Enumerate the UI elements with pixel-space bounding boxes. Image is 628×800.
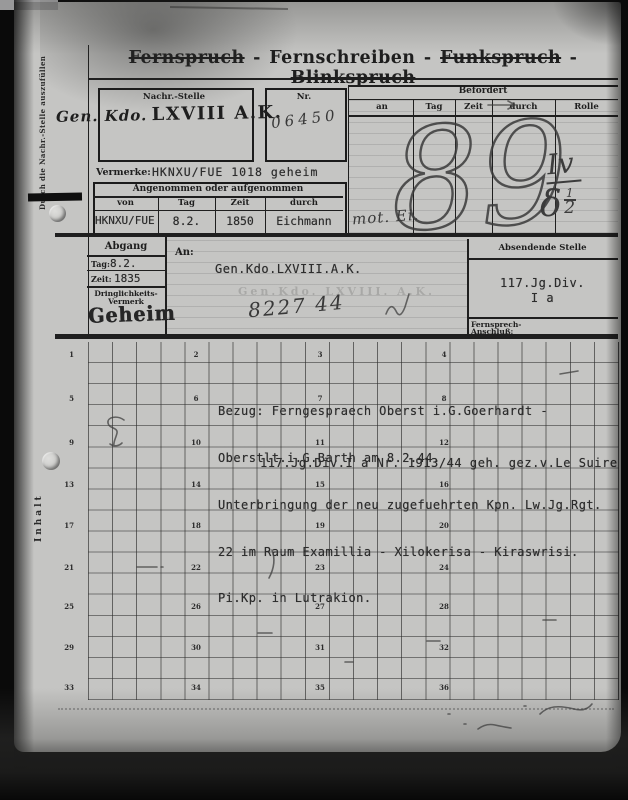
thick-rule-lower <box>55 334 618 339</box>
angenommen-cols-underline <box>93 210 343 211</box>
punch-hole-top <box>49 205 66 222</box>
pencil-mark-iv-text: Iv <box>545 146 575 181</box>
befoerdert-vline-3 <box>492 99 493 233</box>
befoerdert-vline-2 <box>455 99 456 233</box>
an-value: Gen.Kdo.LXVIII.A.K. <box>215 262 362 276</box>
fraction-denominator: 2 <box>564 201 575 216</box>
abgang-hline-2 <box>87 270 167 271</box>
form-title-word-fernschreiben: Fernschreiben <box>269 48 415 68</box>
angenommen-value-von: HKNXU/FUE <box>95 214 155 227</box>
angenommen-col-tag: Tag <box>158 198 215 208</box>
vermerke-value: HKNXU/FUE 1018 geheim <box>152 165 318 179</box>
abgang-zeit-label: Zeit: <box>91 274 112 284</box>
title-separator: - <box>253 48 261 68</box>
geheim-stamp: Geheim <box>88 302 167 328</box>
befoerdert-cols-underline <box>348 115 618 117</box>
registration-tick <box>28 193 82 202</box>
inhalt-label-vertical: Inhalt <box>34 478 44 542</box>
vermerke-label: Vermerke: <box>96 167 151 178</box>
befoerdert-col-rolle: Rolle <box>555 102 618 112</box>
abgang-hline-3 <box>87 286 167 288</box>
message-line: Unterbringung der neu zugefuehrten Kpn. … <box>218 498 602 514</box>
befoerdert-left-border <box>348 85 349 233</box>
message-body: Bezug: Ferngespraech Oberst i.G.Goerhard… <box>218 373 602 638</box>
scanned-telegram-form: Fernspruch - Fernschreiben - Funkspruch … <box>0 0 628 800</box>
absender-unit-line2: I a <box>467 291 618 305</box>
form-title: Fernspruch - Fernschreiben - Funkspruch … <box>88 48 618 88</box>
angenommen-col-durch: durch <box>265 198 343 208</box>
unit-stamp-caps: LXVIII A.K. <box>151 102 282 125</box>
title-separator: - <box>570 48 578 68</box>
punch-hole-bottom <box>42 452 60 470</box>
absender-unit-line1: 117.Jg.Div. <box>467 276 618 290</box>
angenommen-col-von: von <box>93 198 158 208</box>
message-line: Bezug: Ferngespraech Oberst i.G.Goerhard… <box>218 404 602 420</box>
angenommen-value-durch: Eichmann <box>265 214 343 228</box>
befoerdert-col-an: an <box>351 102 413 112</box>
abgang-tag-label: Tag: <box>91 259 110 269</box>
unit-stamp-script: Gen. Kdo. <box>56 106 148 126</box>
perforation-line <box>58 708 614 710</box>
angenommen-value-tag: 8.2. <box>158 214 215 228</box>
margin-note-vertical: Durch die Nachr.-Stelle auszufüllen <box>38 60 47 210</box>
an-label: An: <box>175 247 194 258</box>
angenommen-title: Angenommen oder aufgenommen <box>93 184 343 194</box>
befoerdert-title: Befördert <box>348 86 618 96</box>
form-title-word-funkspruch: Funkspruch <box>440 48 561 68</box>
paper-top-scrap <box>0 0 58 10</box>
befoerdert-col-durch: durch <box>492 102 555 112</box>
angenommen-value-zeit: 1850 <box>215 214 265 228</box>
befoerdert-title-underline <box>348 99 618 100</box>
title-separator: - <box>424 48 432 68</box>
nachr-stelle-label: Nachr.-Stelle <box>98 92 250 102</box>
thick-rule-upper <box>55 233 618 237</box>
message-signature: 117.Jg.Div.I a Nr. 1913/44 geh. gez.v.Le… <box>260 456 618 470</box>
absender-hline-1 <box>467 258 618 260</box>
form-title-word-fernspruch: Fernspruch <box>129 48 245 68</box>
pencil-mark-iv: Iv <box>543 146 581 185</box>
befoerdert-col-tag: Tag <box>413 102 455 112</box>
abgang-tag-value: 8.2. <box>110 257 137 270</box>
absender-title: Absendende Stelle <box>467 243 618 253</box>
unit-stamp: Gen. Kdo. LXVIII A.K. <box>56 102 266 127</box>
message-line: Pi.Kp. in Lutrakion. <box>218 591 602 607</box>
form-title-word-blinkspruch: Blinkspruch <box>291 68 416 88</box>
befoerdert-col-zeit: Zeit <box>455 102 492 112</box>
message-line: 22 im Raum Examillia - Xilokerisa - Kira… <box>218 545 602 561</box>
angenommen-col-zeit: Zeit <box>215 198 265 208</box>
nr-label: Nr. <box>265 92 343 102</box>
abgang-zeit-value: 1835 <box>114 272 141 285</box>
pencil-mark-delta-half: δ 1 2 <box>540 188 576 222</box>
delta-glyph: δ <box>540 188 562 222</box>
fernsprech-label-line2: Anschluß: <box>471 327 513 336</box>
absender-hline-2 <box>467 317 618 319</box>
abgang-title: Abgang <box>87 241 165 252</box>
